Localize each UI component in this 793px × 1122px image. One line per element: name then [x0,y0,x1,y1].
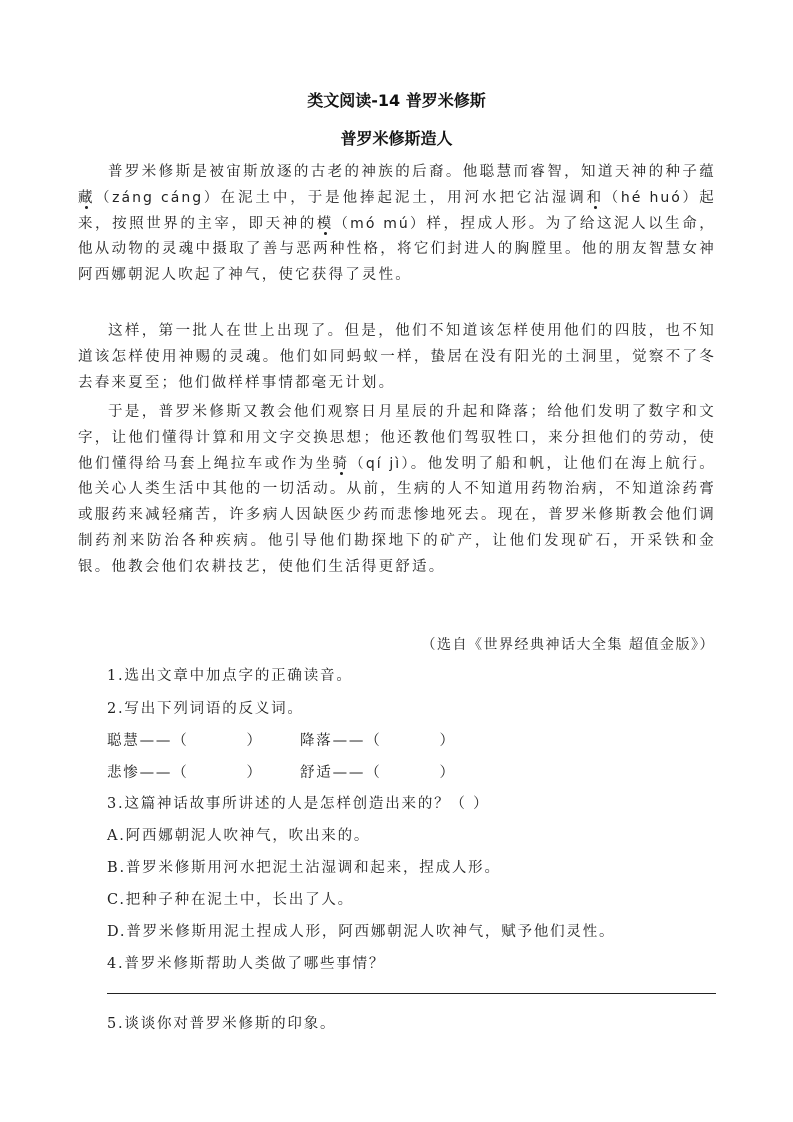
antonym-word: 降落——（ [300,733,382,749]
question-5: 5.谈谈你对普罗米修斯的印象。 [107,1012,336,1033]
antonym-item: 悲惨——（） [107,761,263,782]
antonym-word: 悲惨——（ [107,765,189,781]
source-citation: （选自《世界经典神话大全集 超值金版》） [422,634,715,654]
paragraph-3: 于是，普罗米修斯又教会他们观察日月星辰的升起和降落；给他们发明了数字和文字，让他… [78,400,716,581]
paragraph-text: 。他发明了船和帆，让他们在海上航行。他关心人类生活中其他的一切活动。从前，生病的… [78,456,716,575]
option-d: D.普罗米修斯用泥土捏成人形，阿西娜朝泥人吹神气，赋予他们灵性。 [107,920,615,941]
option-c: C.把种子种在泥土中，长出了人。 [107,888,354,909]
document-title: 类文阅读-14 普罗米修斯 [0,88,793,111]
dotted-char: 和 [587,190,604,206]
passage-title: 普罗米修斯造人 [0,126,793,149]
pinyin: （hé huó） [604,190,699,206]
question-4: 4.普罗米修斯帮助人类做了哪些事情？ [107,952,385,973]
antonym-close: ） [440,733,456,749]
antonym-close: ） [440,765,456,781]
pinyin: （mó mú） [334,216,427,232]
paragraph-2: 这样，第一批人在世上出现了。但是，他们不知道该怎样使用他们的四肢，也不知道该怎样… [78,319,716,396]
option-b: B.普罗米修斯用河水把泥土沾湿调和起来，捏成人形。 [107,856,501,877]
antonym-close: ） [247,765,263,781]
antonym-word: 舒适——（ [300,765,382,781]
question-2: 2.写出下列词语的反义词。 [107,697,304,718]
paragraph-text: 在泥土中，于是他捧起泥土，用河水把它沾湿调 [221,190,587,206]
question-1: 1.选出文章中加点字的正确读音。 [107,664,353,685]
antonym-item: 降落——（） [300,729,456,750]
answer-line[interactable] [107,993,716,994]
antonym-close: ） [247,733,263,749]
dotted-char: 藏 [78,190,95,206]
pinyin: （záng cáng） [95,190,220,206]
paragraph-text: 普罗米修斯是被宙斯放逐的古老的神族的后裔。他聪慧而睿智，知道天神的种子蕴 [108,164,716,180]
antonym-item: 聪慧——（） [107,729,263,750]
option-a: A.阿西娜朝泥人吹神气，吹出来的。 [107,824,370,845]
antonym-word: 聪慧——（ [107,733,189,749]
dotted-char: 骑 [333,456,350,472]
dotted-char: 模 [317,216,334,232]
antonym-item: 舒适——（） [300,761,456,782]
question-3: 3.这篇神话故事所讲述的人是怎样创造出来的？（ ） [107,792,489,813]
pinyin: （qí jì） [350,456,411,472]
paragraph-1: 普罗米修斯是被宙斯放逐的古老的神族的后裔。他聪慧而睿智，知道天神的种子蕴藏（zá… [78,160,716,289]
